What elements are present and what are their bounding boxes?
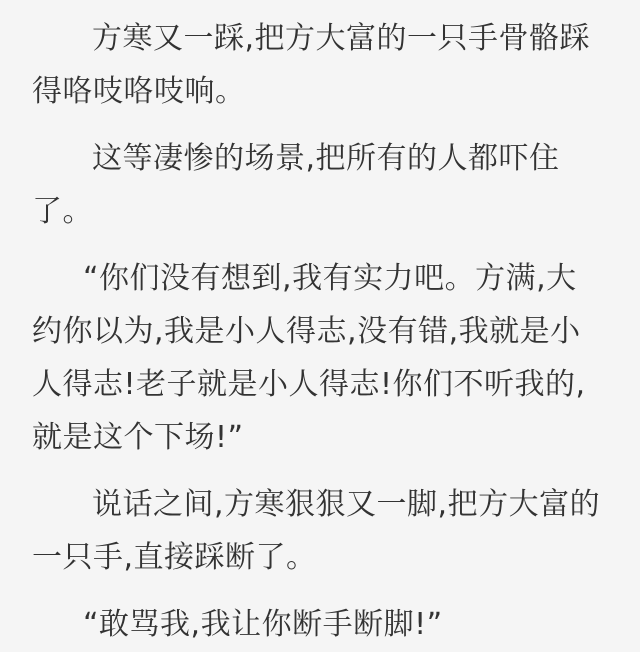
text-line: 说话之间,方寒狠狠又一脚,把方大富的 [32, 478, 610, 531]
text-line: “敢骂我,我让你断手断脚!” [32, 598, 610, 651]
paragraph-2: 这等凄惨的场景,把所有的人都吓住 了。 [32, 132, 610, 238]
text-line: 方寒又一踩,把方大富的一只手骨骼踩 [32, 12, 610, 65]
text-line: 这等凄惨的场景,把所有的人都吓住 [32, 132, 610, 185]
text-line: “你们没有想到,我有实力吧。方满,大 [32, 252, 610, 305]
document-page: 方寒又一踩,把方大富的一只手骨骼踩 得咯吱咯吱响。 这等凄惨的场景,把所有的人都… [0, 0, 640, 652]
paragraph-1: 方寒又一踩,把方大富的一只手骨骼踩 得咯吱咯吱响。 [32, 12, 610, 118]
text-line: 人得志!老子就是小人得志!你们不听我的, [32, 358, 610, 411]
text-line: 了。 [32, 185, 610, 238]
text-line: 就是这个下场!” [32, 411, 610, 464]
paragraph-5: “敢骂我,我让你断手断脚!” [32, 598, 610, 651]
text-line: 约你以为,我是小人得志,没有错,我就是小 [32, 305, 610, 358]
text-line: 一只手,直接踩断了。 [32, 531, 610, 584]
text-line: 得咯吱咯吱响。 [32, 65, 610, 118]
paragraph-4: 说话之间,方寒狠狠又一脚,把方大富的 一只手,直接踩断了。 [32, 478, 610, 584]
paragraph-3: “你们没有想到,我有实力吧。方满,大 约你以为,我是小人得志,没有错,我就是小 … [32, 252, 610, 464]
